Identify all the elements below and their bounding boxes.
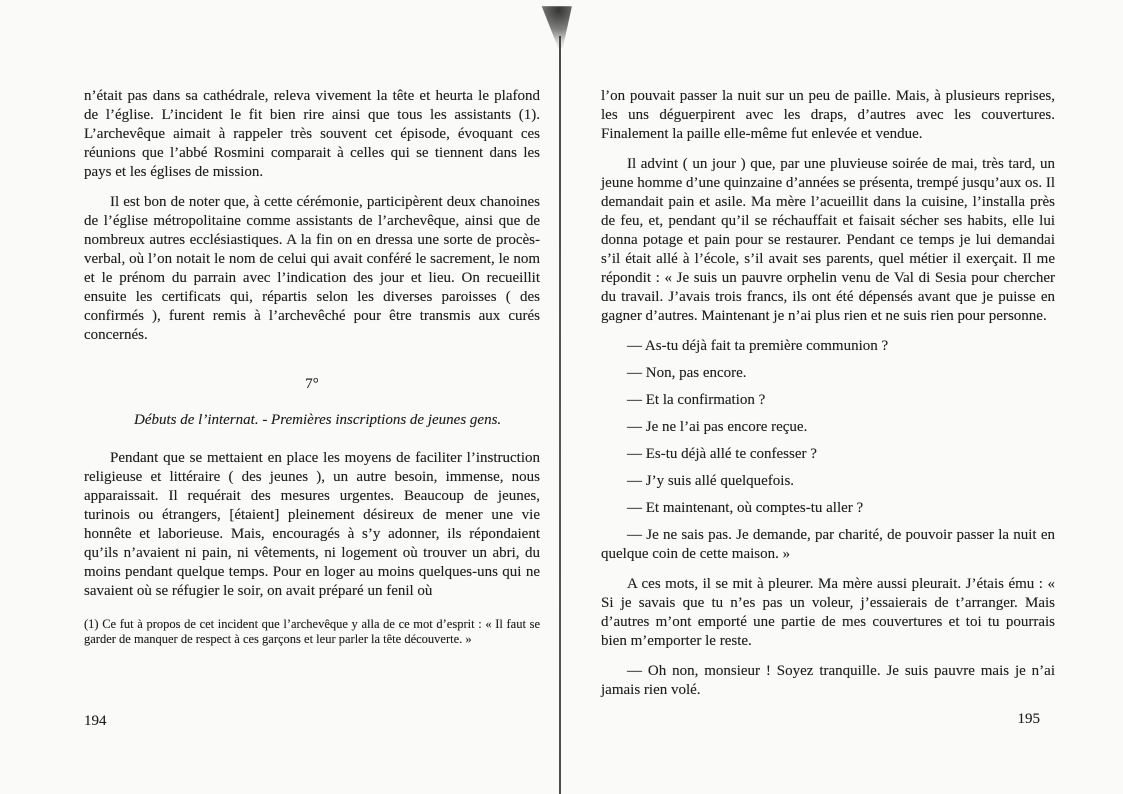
body-paragraph: Il advint ( un jour ) que, par une pluvi…	[601, 155, 1055, 326]
section-number: 7°	[84, 375, 540, 394]
right-page: l’on pouvait passer la nuit sur un peu d…	[601, 87, 1055, 700]
body-paragraph: Pendant que se mettaient en place les mo…	[84, 449, 540, 601]
footnote: (1) Ce fut à propos de cet incident que …	[84, 617, 540, 646]
body-paragraph: n’était pas dans sa cathédrale, releva v…	[84, 87, 540, 182]
dialogue-line: — Et la confirmation ?	[601, 391, 1055, 410]
page-number-left: 194	[84, 713, 107, 730]
page-number-right: 195	[1000, 711, 1040, 728]
dialogue-line: — Non, pas encore.	[601, 364, 1055, 383]
spine-smudge-artifact	[539, 6, 572, 48]
body-paragraph: l’on pouvait passer la nuit sur un peu d…	[601, 87, 1055, 144]
dialogue-line: — Je ne sais pas. Je demande, par charit…	[601, 526, 1055, 564]
dialogue-line: — J’y suis allé quelquefois.	[601, 472, 1055, 491]
section-heading: Débuts de l’internat. - Premières inscri…	[134, 411, 522, 430]
dialogue-line: — Et maintenant, où comptes-tu aller ?	[601, 499, 1055, 518]
body-paragraph: Il est bon de noter que, à cette cérémon…	[84, 193, 540, 345]
dialogue-line: — Es-tu déjà allé te confesser ?	[601, 445, 1055, 464]
book-scan: { "scan": { "background_color": "#fafaf8…	[0, 0, 1123, 794]
body-paragraph: A ces mots, il se mit à pleurer. Ma mère…	[601, 575, 1055, 651]
left-page: n’était pas dans sa cathédrale, releva v…	[84, 87, 540, 646]
dialogue-line: — Je ne l’ai pas encore reçue.	[601, 418, 1055, 437]
body-paragraph: — Oh non, monsieur ! Soyez tranquille. J…	[601, 662, 1055, 700]
spine-shadow-line	[559, 36, 561, 794]
dialogue-line: — As-tu déjà fait ta première communion …	[601, 337, 1055, 356]
